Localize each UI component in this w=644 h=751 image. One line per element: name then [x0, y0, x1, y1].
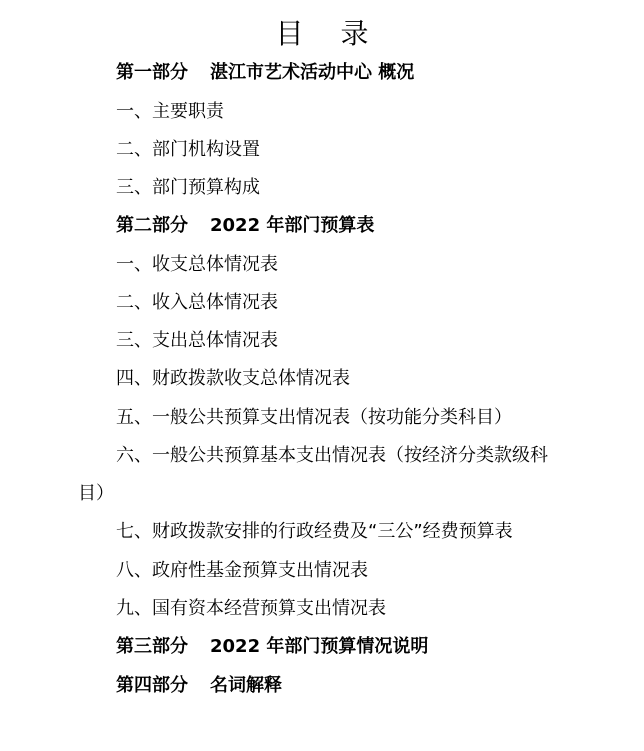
toc-item[interactable]: 四、财政拨款收支总体情况表: [116, 366, 350, 392]
toc-item[interactable]: 一、收支总体情况表: [116, 252, 278, 278]
part-prefix: 第二部分: [116, 215, 188, 236]
toc-item[interactable]: 二、部门机构设置: [116, 137, 260, 163]
part-prefix: 第一部分: [116, 62, 188, 83]
toc-item[interactable]: 八、政府性基金预算支出情况表: [116, 558, 368, 584]
toc-item[interactable]: 三、支出总体情况表: [116, 328, 278, 354]
part-text: 2022 年部门预算情况说明: [210, 636, 428, 657]
toc-item[interactable]: 五、一般公共预算支出情况表（按功能分类科目）: [116, 405, 512, 431]
part-text: 名词解释: [210, 675, 282, 696]
part-prefix: 第四部分: [116, 675, 188, 696]
part-prefix: 第三部分: [116, 636, 188, 657]
toc-item[interactable]: 七、财政拨款安排的行政经费及“三公”经费预算表: [116, 519, 513, 545]
toc-item[interactable]: 六、一般公共预算基本支出情况表（按经济分类款级科: [116, 443, 548, 469]
part-text: 湛江市艺术活动中心 概况: [210, 62, 414, 83]
toc-part-2[interactable]: 第二部分2022 年部门预算表: [116, 213, 374, 239]
toc-title: 目 录: [0, 14, 644, 54]
toc-item[interactable]: 一、主要职责: [116, 99, 224, 125]
toc-item-continuation[interactable]: 目）: [78, 481, 114, 507]
toc-item[interactable]: 九、国有资本经营预算支出情况表: [116, 596, 386, 622]
part-text: 2022 年部门预算表: [210, 215, 374, 236]
toc-part-1[interactable]: 第一部分湛江市艺术活动中心 概况: [116, 60, 414, 86]
toc-part-3[interactable]: 第三部分2022 年部门预算情况说明: [116, 634, 428, 660]
toc-item[interactable]: 二、收入总体情况表: [116, 290, 278, 316]
toc-part-4[interactable]: 第四部分名词解释: [116, 673, 282, 699]
toc-item[interactable]: 三、部门预算构成: [116, 175, 260, 201]
